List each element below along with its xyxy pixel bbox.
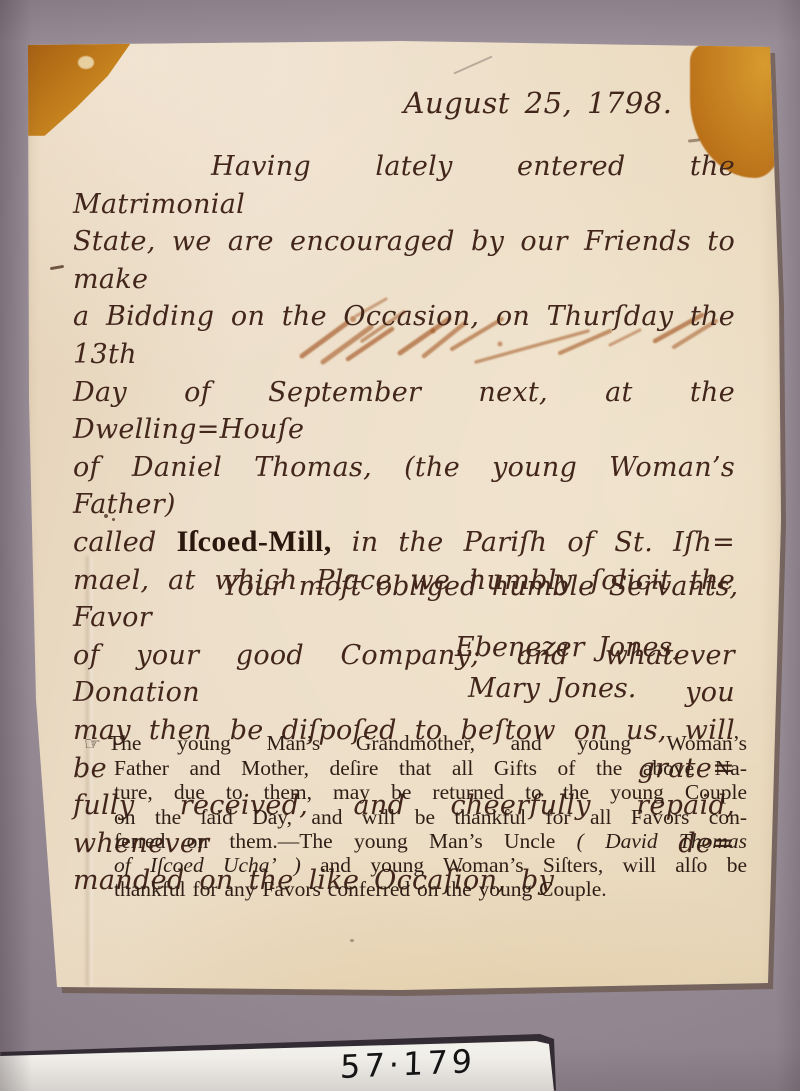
rust-stain-top-left (26, 42, 158, 136)
document-paper: August 25, 1798. Having lately entered t… (0, 0, 800, 1091)
notice-line-6: of Iſcoed Ucha’ ) and young Woman’s Siſt… (84, 853, 747, 877)
notice-block: ☞The young Man’s Grandmother, and young … (84, 731, 747, 901)
signature-ebenezer-jones: Ebenezer Jones, (455, 631, 681, 665)
ink-fleck (50, 265, 64, 270)
script-line-3: a Bidding on the Occasion, on Thurſday t… (73, 298, 735, 373)
script-line-2: State, we are encouraged by our Friends … (73, 223, 735, 298)
photo-background: August 25, 1798. Having lately entered t… (0, 0, 800, 1091)
closing-line: Your moſt obliged humble Servants, (222, 570, 738, 604)
pencil-mark (453, 56, 492, 75)
script-text: in the Pariſh of St. Iſh= (332, 527, 735, 558)
notice-text: and young Woman’s Siſters, will alſo be (320, 853, 747, 877)
notice-text: The young Man’s Grandmother, and young W… (108, 731, 747, 755)
date-line: August 25, 1798. (370, 86, 706, 120)
notice-line-4: on the ſaid Day, and will be thankful fo… (84, 805, 747, 829)
accession-number: 57·179 (340, 1042, 477, 1086)
notice-line-5: ferred on them.—The young Man’s Uncle ( … (84, 829, 747, 853)
signature-mary-jones: Mary Jones. (468, 672, 636, 706)
notice-line-2: Father and Mother, deſire that all Gifts… (84, 756, 747, 780)
place-name-iscoed-mill: Iſcoed-Mill, (177, 525, 332, 558)
notice-text: ferred on them.—The young Man’s Uncle (114, 829, 577, 853)
script-line-1: Having lately entered the Matrimonial (73, 148, 735, 223)
uncle-name-italic: ( David Thomas (577, 829, 747, 853)
place-name-italic: of Iſcoed Ucha’ ) (114, 853, 320, 877)
ink-fleck (688, 138, 700, 142)
notice-line-3: ture, due to them, may be returned to th… (84, 780, 747, 804)
ink-fleck (350, 939, 354, 942)
script-text: called (73, 527, 177, 558)
pointing-hand-icon: ☞ (84, 733, 108, 755)
script-line-5: of Daniel Thomas, (the young Woman’s Fat… (73, 449, 735, 524)
stain-light-spot (78, 56, 94, 69)
script-line-4: Day of September next, at the Dwelling=H… (73, 374, 735, 449)
notice-line-1: ☞The young Man’s Grandmother, and young … (84, 731, 747, 756)
notice-line-7: thankful for any Favors conferred on the… (84, 877, 747, 901)
script-line-6: called Iſcoed-Mill, in the Pariſh of St.… (73, 524, 735, 562)
